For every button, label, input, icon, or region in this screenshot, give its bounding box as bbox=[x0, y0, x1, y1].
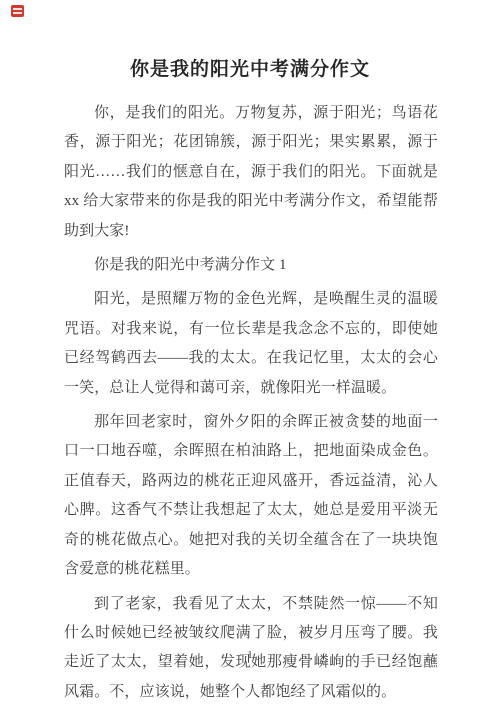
page-number: 1 bbox=[0, 649, 500, 661]
document-body: 你，是我们的阳光。万物复苏，源于阳光；鸟语花香，源于阳光；花团锦簇，源于阳光；果… bbox=[64, 99, 438, 707]
document-page: 你是我的阳光中考满分作文 你，是我们的阳光。万物复苏，源于阳光；鸟语花香，源于阳… bbox=[0, 0, 500, 707]
red-stamp-icon bbox=[11, 5, 24, 17]
body-paragraph-1: 阳光，是照耀万物的金色光辉，是唤醒生灵的温暖咒语。对我来说，有一位长辈是我念念不… bbox=[64, 285, 438, 403]
document-title: 你是我的阳光中考满分作文 bbox=[0, 0, 500, 82]
subtitle-line: 你是我的阳光中考满分作文 1 bbox=[64, 251, 438, 280]
body-paragraph-2: 那年回老家时，窗外夕阳的余晖正被贪婪的地面一口一口地吞噬，余晖照在柏油路上，把地… bbox=[64, 408, 438, 584]
intro-paragraph: 你，是我们的阳光。万物复苏，源于阳光；鸟语花香，源于阳光；花团锦簇，源于阳光；果… bbox=[64, 99, 438, 246]
